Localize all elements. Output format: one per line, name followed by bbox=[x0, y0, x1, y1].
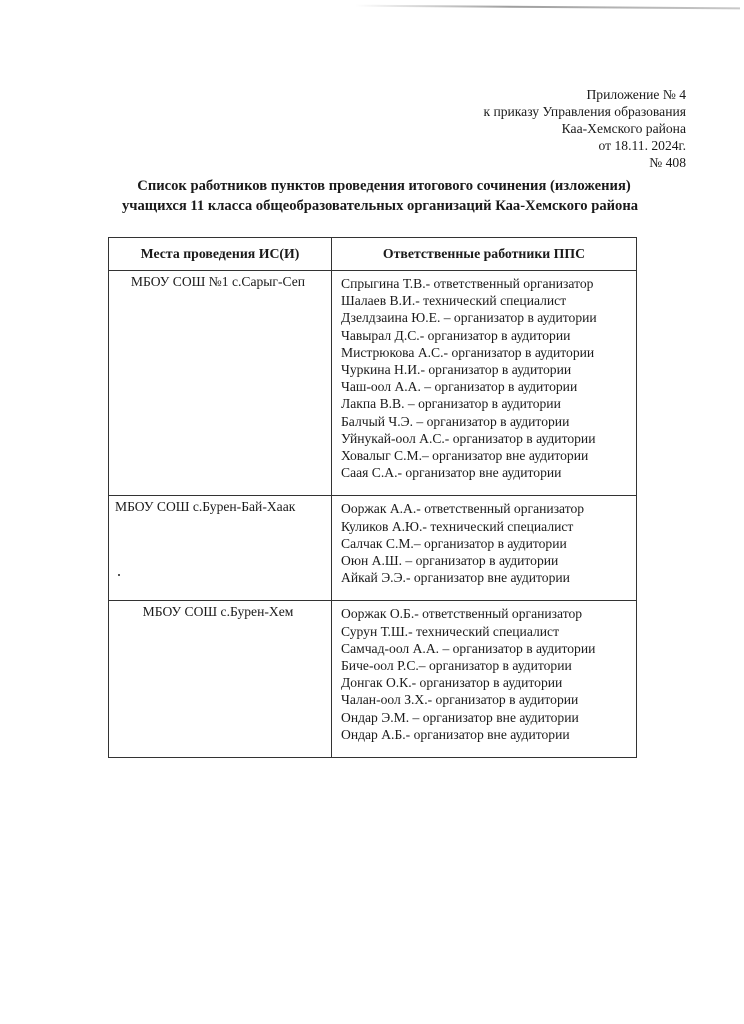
staff-entry: Спрыгина Т.В.- ответственный организатор bbox=[341, 275, 632, 292]
staff-entry: Оюн А.Ш. – организатор в аудитории bbox=[341, 552, 632, 569]
place-name: МБОУ СОШ №1 с.Сарыг-Сеп bbox=[109, 271, 331, 290]
staff-entry: Дзелдзаина Ю.Е. – организатор в аудитори… bbox=[341, 309, 632, 326]
annex-header: Приложение № 4 к приказу Управления обра… bbox=[483, 86, 686, 171]
staff-list: Ооржак О.Б.- ответственный организаторСу… bbox=[332, 601, 636, 757]
staff-entry: Ховалыг С.М.– организатор вне аудитории bbox=[341, 447, 632, 464]
place-name: МБОУ СОШ с.Бурен-Бай-Хаак bbox=[109, 496, 331, 515]
annex-order-ref: к приказу Управления образования bbox=[483, 103, 686, 120]
staff-cell: Ооржак О.Б.- ответственный организаторСу… bbox=[332, 601, 637, 758]
staff-list: Ооржак А.А.- ответственный организаторКу… bbox=[332, 496, 636, 600]
staff-table: Места проведения ИС(И) Ответственные раб… bbox=[108, 237, 637, 758]
staff-cell: Ооржак А.А.- ответственный организаторКу… bbox=[332, 496, 637, 601]
staff-cell: Спрыгина Т.В.- ответственный организатор… bbox=[332, 271, 637, 496]
annex-order-number: № 408 bbox=[483, 154, 686, 171]
staff-entry: Салчак С.М.– организатор в аудитории bbox=[341, 535, 632, 552]
staff-entry: Биче-оол Р.С.– организатор в аудитории bbox=[341, 657, 632, 674]
staff-entry: Чалан-оол З.Х.- организатор в аудитории bbox=[341, 691, 632, 708]
annex-date: от 18.11. 2024г. bbox=[483, 137, 686, 154]
staff-entry: Чуркина Н.И.- организатор в аудитории bbox=[341, 361, 632, 378]
staff-entry: Шалаев В.И.- технический специалист bbox=[341, 292, 632, 309]
staff-entry: Ооржак О.Б.- ответственный организатор bbox=[341, 605, 632, 622]
table-row: МБОУ СОШ с.Бурен-Бай-Хаак Ооржак А.А.- о… bbox=[109, 496, 637, 601]
place-cell: МБОУ СОШ №1 с.Сарыг-Сеп bbox=[109, 271, 332, 496]
staff-list: Спрыгина Т.В.- ответственный организатор… bbox=[332, 271, 636, 495]
table-row: МБОУ СОШ №1 с.Сарыг-Сеп Спрыгина Т.В.- о… bbox=[109, 271, 637, 496]
staff-entry: Ондар Э.М. – организатор вне аудитории bbox=[341, 709, 632, 726]
staff-entry: Уйнукай-оол А.С.- организатор в аудитори… bbox=[341, 430, 632, 447]
staff-entry: Сурун Т.Ш.- технический специалист bbox=[341, 623, 632, 640]
staff-entry: Куликов А.Ю.- технический специалист bbox=[341, 518, 632, 535]
header-staff: Ответственные работники ППС bbox=[332, 238, 637, 271]
staff-entry: Балчый Ч.Э. – организатор в аудитории bbox=[341, 413, 632, 430]
staff-entry: Чаш-оол А.А. – организатор в аудитории bbox=[341, 378, 632, 395]
annex-number: Приложение № 4 bbox=[483, 86, 686, 103]
document-title: Список работников пунктов проведения ито… bbox=[0, 176, 744, 216]
scan-artifact bbox=[355, 5, 740, 10]
place-cell: МБОУ СОШ с.Бурен-Бай-Хаак bbox=[109, 496, 332, 601]
staff-entry: Лакпа В.В. – организатор в аудитории bbox=[341, 395, 632, 412]
staff-entry: Ооржак А.А.- ответственный организатор bbox=[341, 500, 632, 517]
title-line-2: учащихся 11 класса общеобразовательных о… bbox=[0, 196, 744, 216]
title-line-1: Список работников пунктов проведения ито… bbox=[0, 176, 744, 196]
staff-entry: Саая С.А.- организатор вне аудитории bbox=[341, 464, 632, 481]
place-cell: МБОУ СОШ с.Бурен-Хем bbox=[109, 601, 332, 758]
staff-entry: Чавырал Д.С.- организатор в аудитории bbox=[341, 327, 632, 344]
scan-speck bbox=[118, 574, 120, 576]
staff-entry: Айкай Э.Э.- организатор вне аудитории bbox=[341, 569, 632, 586]
staff-entry: Самчад-оол А.А. – организатор в аудитори… bbox=[341, 640, 632, 657]
staff-entry: Донгак О.К.- организатор в аудитории bbox=[341, 674, 632, 691]
header-place: Места проведения ИС(И) bbox=[109, 238, 332, 271]
staff-entry: Мистрюкова А.С.- организатор в аудитории bbox=[341, 344, 632, 361]
staff-entry: Ондар А.Б.- организатор вне аудитории bbox=[341, 726, 632, 743]
table-row: МБОУ СОШ с.Бурен-Хем Ооржак О.Б.- ответс… bbox=[109, 601, 637, 758]
annex-district: Каа-Хемского района bbox=[483, 120, 686, 137]
table-header-row: Места проведения ИС(И) Ответственные раб… bbox=[109, 238, 637, 271]
place-name: МБОУ СОШ с.Бурен-Хем bbox=[109, 601, 331, 620]
